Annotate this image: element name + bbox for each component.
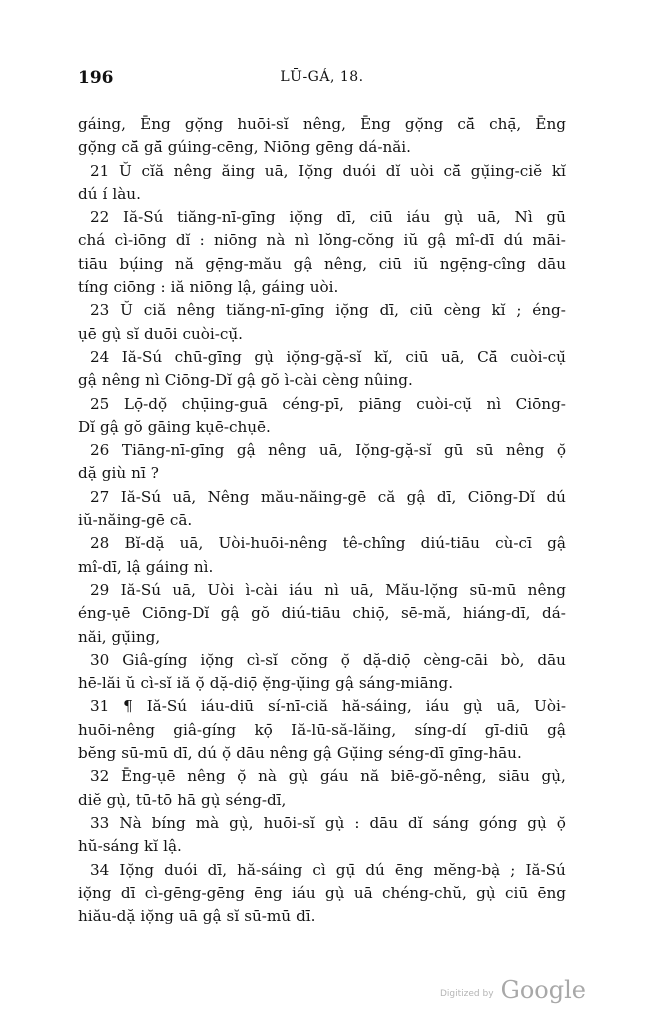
text-line: 28Bĭ-dặuā,Uòi-huōi-nêngtê-chîngdiú-tiāuc… (78, 532, 566, 555)
text-line: 31¶Iă-Súiáu-diūsí-nī-ciăhă-sáing,iáugụ̀u… (78, 695, 566, 718)
google-logo: Google (501, 976, 586, 1004)
text-line: 26Tiāng-nī-gīnggậnênguā,Iọ̆ng-gặ-sĭgūsūn… (78, 439, 566, 462)
text-line: 21Ŭcĭănêngăinguā,Iọ̆ngduóidĭuòică̄gụ̆ing… (78, 160, 566, 183)
digitization-watermark: Digitized by Google (440, 976, 586, 1004)
text-line: dặgiùnī? (78, 462, 566, 485)
text-line: 32Ēng-ụēnêngọ̆nàgụ̀gáunăbiē-gŏ-nêng,siāu… (78, 765, 566, 788)
text-line: ụēgụ̀sĭduōicuòi-cụ̆. (78, 323, 566, 346)
text-line: hiău-dặiọ̆nguāgậsĭsū-mūdī. (78, 905, 566, 928)
text-line: iọ̆ngdīcì-gēng-gēngēngiáugụ̀uāchéng-chŭ,… (78, 882, 566, 905)
text-line: dúílàu. (78, 183, 566, 206)
digitized-label: Digitized by (440, 989, 494, 999)
running-head: LŪ-GÁ, 18. (78, 69, 566, 85)
text-line: 29Iă-Súuā,Uòiì-càiiáunìuā,Mău-lọ̆ngsū-mū… (78, 579, 566, 602)
text-line: 22Iă-Sútiăng-nī-gīngiọ̆ngdī,ciūiáugụ̀uā,… (78, 206, 566, 229)
text-line: bĕngsū-mūdī,dúọ̆dāunênggậGụ̆ingséng-dīgī… (78, 742, 566, 765)
text-line: tiāubụ́ingnăgẹ̄ng-măugậnêng,ciūiŭngẹ̄ng-… (78, 253, 566, 276)
text-line: 34Iọ̆ngduóidī,hă-sáingcìgụ̄dúēngmĕng-bạ̀… (78, 859, 566, 882)
text-line: 30Giâ-gíngiọ̆ngcì-sĭcŏngọ̆dặ-diọ̄cèng-cā… (78, 649, 566, 672)
text-line: gậnêngnìCiōng-Dĭgậgŏì-càicèngnûing. (78, 369, 566, 392)
text-line: diĕgụ̀,tū-tōhāgụ̀séng-dī, (78, 789, 566, 812)
page-header: 196 LŪ-GÁ, 18. (78, 68, 566, 92)
text-line: hē-lăiŭcì-sĭiăọ̆dặ-diọ̄ẹ̆ng-ụ̆inggậsáng-… (78, 672, 566, 695)
text-line: gọ̆ngcă̄gă̄gúing-cēng,Niōnggēngdá-năi. (78, 136, 566, 159)
text-line: tíngciōng:iăniōnglậ,gáinguòi. (78, 276, 566, 299)
text-line: mî-dī,lậgáingnì. (78, 556, 566, 579)
text-line: Dĭgậgŏgāingkụē-chụē. (78, 416, 566, 439)
text-line: 23Ŭciănêngtiăng-nī-gīngiọ̆ngdī,ciūcèngkĭ… (78, 299, 566, 322)
text-line: năi,gụ̆ing, (78, 626, 566, 649)
text-line: éng-ụēCiōng-Dĭgậgŏdiú-tiāuchiọ̄,sē-mă,hi… (78, 602, 566, 625)
book-page: 196 LŪ-GÁ, 18. gáing,Ēnggọ̆nghuōi-sĭnêng… (0, 0, 654, 1022)
text-line: chácì-iōngdĭ:niōngnànìlŏng-cŏngiŭgậmî-dī… (78, 229, 566, 252)
text-line: 25Lọ̄-dọ̆chụ̄ing-guācéng-pī,piāngcuòi-cụ… (78, 393, 566, 416)
text-line: iŭ-năing-gēcā. (78, 509, 566, 532)
text-line: 33Nàbíngmàgụ̀,huōi-sĭgụ̀:dāudĭsánggónggụ… (78, 812, 566, 835)
text-line: huōi-nênggiâ-gíngkọ̄Iă-lū-să-lăing,síng-… (78, 719, 566, 742)
text-line: hŭ-sángkĭlậ. (78, 835, 566, 858)
body-text: gáing,Ēnggọ̆nghuōi-sĭnêng,Ēnggọ̆ngcă̄chạ… (78, 113, 566, 928)
text-line: 27Iă-Súuā,Nêngmău-năing-gēcăgậdī,Ciōng-D… (78, 486, 566, 509)
text-line: gáing,Ēnggọ̆nghuōi-sĭnêng,Ēnggọ̆ngcă̄chạ… (78, 113, 566, 136)
text-line: 24Iă-Súchū-gīnggụ̀iọ̆ng-gặ-sĭkĭ,ciūuā,Că… (78, 346, 566, 369)
